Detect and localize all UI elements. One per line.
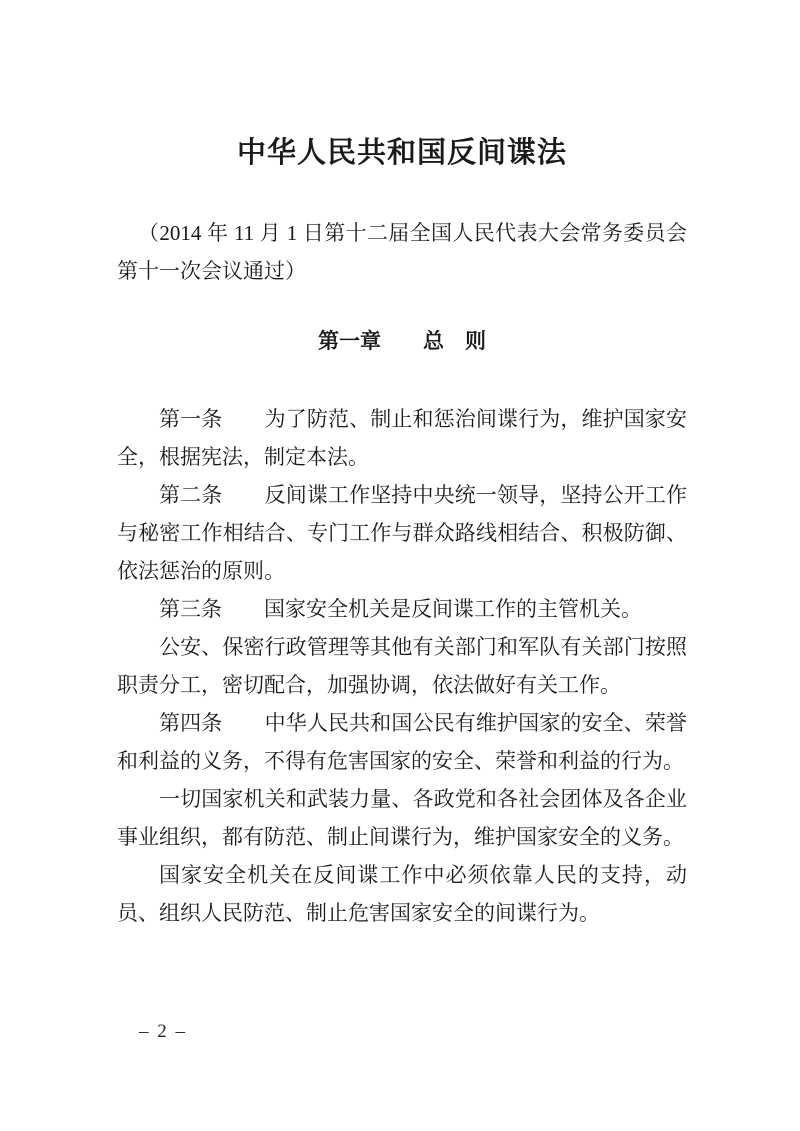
document-page: 中华人民共和国反间谍法 （2014 年 11 月 1 日第十二届全国人民代表大会… xyxy=(0,0,800,1131)
adoption-note: （2014 年 11 月 1 日第十二届全国人民代表大会常务委员会第十一次会议通… xyxy=(117,214,687,290)
article-4-paragraph-3: 国家安全机关在反间谍工作中必须依靠人民的支持，动员、组织人民防范、制止危害国家安… xyxy=(117,856,687,932)
article-4: 第四条 中华人民共和国公民有维护国家的安全、荣誉和利益的义务，不得有危害国家的安… xyxy=(117,704,687,780)
document-body: 第一条 为了防范、制止和惩治间谍行为，维护国家安全，根据宪法，制定本法。 第二条… xyxy=(117,400,687,932)
article-3-paragraph-2: 公安、保密行政管理等其他有关部门和军队有关部门按照职责分工，密切配合，加强协调，… xyxy=(117,628,687,704)
document-title: 中华人民共和国反间谍法 xyxy=(117,132,687,174)
article-3: 第三条 国家安全机关是反间谍工作的主管机关。 xyxy=(117,590,687,628)
article-1: 第一条 为了防范、制止和惩治间谍行为，维护国家安全，根据宪法，制定本法。 xyxy=(117,400,687,476)
chapter-heading: 第一章 总 则 xyxy=(117,322,687,360)
article-4-paragraph-2: 一切国家机关和武装力量、各政党和各社会团体及各企业事业组织，都有防范、制止间谍行… xyxy=(117,780,687,856)
article-2: 第二条 反间谍工作坚持中央统一领导，坚持公开工作与秘密工作相结合、专门工作与群众… xyxy=(117,476,687,590)
page-number: – 2 – xyxy=(139,1020,187,1044)
